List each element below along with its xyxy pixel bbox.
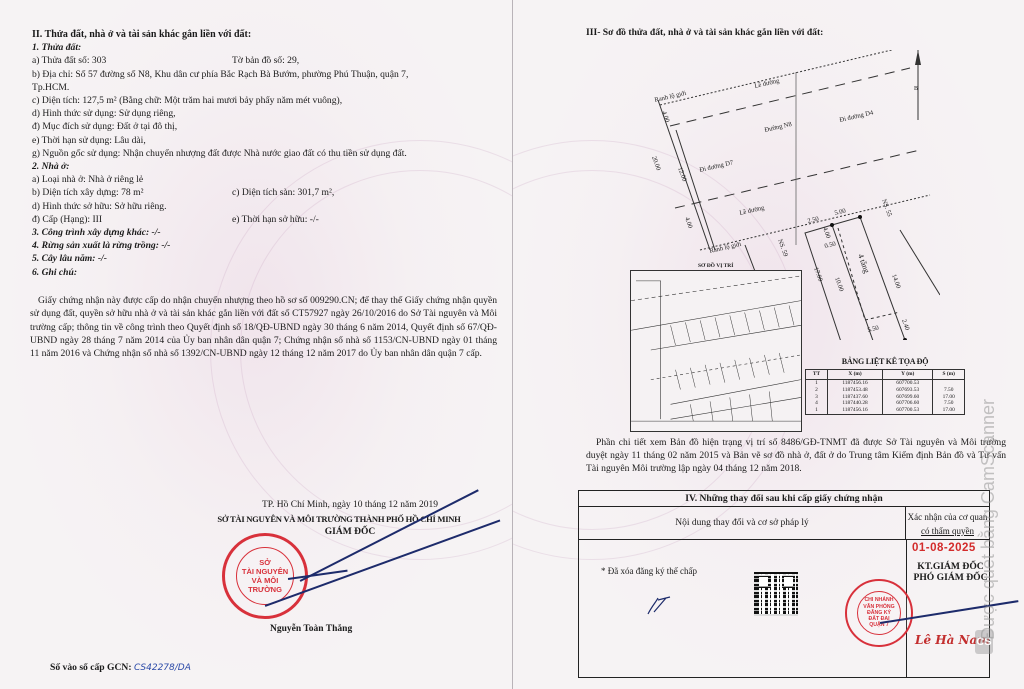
table-cell: 17.00 xyxy=(933,394,965,401)
neighbor-label: NS. 55 xyxy=(880,198,893,217)
ownership-form: d) Hình thức sở hữu: Sở hữu riêng. xyxy=(32,200,497,213)
column-header: S (m) xyxy=(933,370,965,380)
coordinate-rows: 11187456.16607700.5321187453.48607693.53… xyxy=(806,380,965,415)
floors-label: 4 tầng xyxy=(856,253,871,275)
location-map-title: SƠ ĐỒ VỊ TRÍ xyxy=(698,263,733,269)
table-cell: 1187456.16 xyxy=(828,407,883,414)
dimension-label: 12.00 xyxy=(676,166,688,182)
table-cell: 7.50 xyxy=(933,387,965,394)
parcel-number: a) Thửa đất số: 303 xyxy=(32,54,232,67)
notes-heading: 6. Ghi chú: xyxy=(32,266,497,279)
seal-text: QUẬN 7 xyxy=(869,622,889,628)
gcn-register-number: Số vào sổ cấp GCN: CS42278/DA xyxy=(50,662,191,673)
dimension-label: 17.00 xyxy=(812,266,824,282)
seal-text: SỞ xyxy=(259,558,270,567)
table-cell: 2 xyxy=(806,387,828,394)
table-cell: 7.50 xyxy=(933,400,965,407)
dimension-label: 0.50 xyxy=(824,241,837,250)
boundary-label: Ranh lộ giới xyxy=(654,90,687,104)
sidewalk-label: Lề đường xyxy=(754,77,781,90)
confirmation-date: 01-08-2025 xyxy=(912,542,976,554)
boundary-line-top xyxy=(660,50,900,105)
seal-text: TÀI NGUYÊN xyxy=(242,567,288,576)
column-header: Y (m) xyxy=(883,370,933,380)
confirm-header-line: Xác nhận của cơ quan xyxy=(906,510,989,524)
address: b) Địa chỉ: Số 57 đường số N8, Khu dân c… xyxy=(32,68,497,81)
table-cell: 1 xyxy=(806,380,828,387)
use-form: d) Hình thức sử dụng: Sử dụng riêng, xyxy=(32,107,497,120)
dimension-label: 4.00 xyxy=(821,226,831,239)
house-outline xyxy=(865,312,900,320)
seal-text: VÀ MÔI TRƯỜNG xyxy=(237,576,293,594)
column-header-confirmation: Xác nhận của cơ quan có thẩm quyền xyxy=(906,507,989,539)
coordinate-table-title: BẢNG LIỆT KÊ TỌA ĐỘ xyxy=(805,357,965,366)
table-row: 11187456.16607700.5317.00 xyxy=(806,407,965,414)
qr-code-pattern xyxy=(754,572,798,616)
floor-area: c) Diện tích sàn: 301,7 m², xyxy=(232,186,334,199)
neighbor-line xyxy=(900,230,940,295)
page-fold xyxy=(512,0,513,689)
land-area: c) Diện tích: 127,5 m² (Bằng chữ: Một tr… xyxy=(32,94,497,107)
registration-office-stamp: CHI NHÁNH VĂN PHÒNG ĐĂNG KÝ ĐẤT ĐAI QUẬN… xyxy=(845,579,913,647)
issuing-authority: SỞ TÀI NGUYÊN VÀ MÔI TRƯỜNG THÀNH PHỐ HỒ… xyxy=(178,514,500,524)
table-row: 11187456.16607700.53 xyxy=(806,380,965,387)
dimension-label: 2.50 xyxy=(807,216,820,225)
diagram-section-title: III- Sơ đồ thửa đất, nhà ở và tài sản kh… xyxy=(586,27,823,38)
ownership-term: e) Thời hạn sở hữu: -/- xyxy=(232,213,319,226)
perennial-trees: 5. Cây lâu năm: -/- xyxy=(32,252,497,265)
table-row: 31187437.60607699.6017.00 xyxy=(806,394,965,401)
gcn-value: CS42278/DA xyxy=(134,663,191,673)
north-label: B xyxy=(914,86,918,92)
table-cell: 4 xyxy=(806,400,828,407)
changes-title: IV. Những thay đổi sau khi cấp giấy chứn… xyxy=(579,491,989,507)
use-purpose: đ) Mục đích sử dụng: Đất ở tại đô thị, xyxy=(32,120,497,133)
map-sheet-number: Tờ bản đồ số: 29, xyxy=(232,54,299,67)
address-city: Tp.HCM. xyxy=(32,81,497,94)
house-grade: đ) Cấp (Hạng): III xyxy=(32,213,232,226)
table-cell: 607700.53 xyxy=(883,407,933,414)
direction-label: Đi đường D4 xyxy=(839,109,875,124)
column-header: TT xyxy=(806,370,828,380)
scanner-watermark: Được quét bằng CamScanner xyxy=(978,399,999,640)
section-title: II. Thửa đất, nhà ở và tài sản khác gắn … xyxy=(32,28,497,41)
land-house-section: II. Thửa đất, nhà ở và tài sản khác gắn … xyxy=(32,28,497,279)
table-cell: 1 xyxy=(806,407,828,414)
table-cell: 1187440.28 xyxy=(828,400,883,407)
table-row: 21187453.48607693.537.50 xyxy=(806,387,965,394)
table-cell: 607693.53 xyxy=(883,387,933,394)
table-cell: 607700.53 xyxy=(883,380,933,387)
build-area: b) Diện tích xây dựng: 78 m² xyxy=(32,186,232,199)
dimension-label: 4.00 xyxy=(660,110,670,123)
notes-text: Giấy chứng nhận này được cấp do nhận chu… xyxy=(30,294,497,360)
dimension-line xyxy=(676,130,715,250)
dimension-label: 5.50 xyxy=(867,325,880,334)
table-cell xyxy=(933,380,965,387)
table-cell: 17.00 xyxy=(933,407,965,414)
gcn-label: Số vào sổ cấp GCN: xyxy=(50,662,132,673)
table-cell: 607699.60 xyxy=(883,394,933,401)
column-header: X (m) xyxy=(828,370,883,380)
north-arrow-icon: B xyxy=(914,50,921,120)
table-cell: 607706.60 xyxy=(883,400,933,407)
boundary-label: Ranh lộ giới xyxy=(709,241,742,255)
neighbor-label: NS. 59 xyxy=(776,238,789,257)
dimension-label: 2.40 xyxy=(900,318,910,331)
coordinate-table: BẢNG LIỆT KÊ TỌA ĐỘ TT X (m) Y (m) S (m)… xyxy=(805,357,965,415)
signer-name: Nguyễn Toàn Thắng xyxy=(270,624,352,634)
sidewalk-label: Lề đường xyxy=(739,204,766,217)
house-type: a) Loại nhà ở: Nhà ở riêng lẻ xyxy=(32,173,497,186)
table-cell: 1187453.48 xyxy=(828,387,883,394)
dimension-label: 14.00 xyxy=(890,273,902,289)
table-cell: 1187456.16 xyxy=(828,380,883,387)
use-term: e) Thời hạn sử dụng: Lâu dài, xyxy=(32,134,497,147)
table-row: 41187440.28607706.607.50 xyxy=(806,400,965,407)
parcel-front-extension xyxy=(832,217,860,225)
house-heading: 2. Nhà ở: xyxy=(32,160,497,173)
land-heading: 1. Thửa đất: xyxy=(32,41,497,54)
confirm-header-line: có thẩm quyền xyxy=(921,526,974,536)
direction-label: Đi đường D7 xyxy=(699,159,735,174)
diagram-note: Phần chi tiết xem Bản đồ hiện trạng vị t… xyxy=(586,436,1006,475)
use-origin: g) Nguồn gốc sử dụng: Nhận chuyển nhượng… xyxy=(32,147,497,160)
other-construction: 3. Công trình xây dựng khác: -/- xyxy=(32,226,497,239)
sidewalk-line-top xyxy=(670,68,910,126)
production-forest: 4. Rừng sản xuất là rừng trồng: -/- xyxy=(32,239,497,252)
dimension-label: 4.00 xyxy=(683,216,693,229)
signature-block: TP. Hồ Chí Minh, ngày 10 tháng 12 năm 20… xyxy=(200,500,500,537)
dimension-label: 10.00 xyxy=(833,276,845,292)
location-map xyxy=(630,270,802,432)
dimension-label: 20.00 xyxy=(650,155,662,171)
table-cell: 1187437.60 xyxy=(828,394,883,401)
initials-signature xyxy=(644,596,674,616)
change-entry: * Đã xóa đăng ký thế chấp xyxy=(601,566,697,576)
table-cell: 3 xyxy=(806,394,828,401)
road-label: Đường N8 xyxy=(764,121,793,134)
column-header-content: Nội dung thay đổi và cơ sở pháp lý xyxy=(579,507,906,539)
